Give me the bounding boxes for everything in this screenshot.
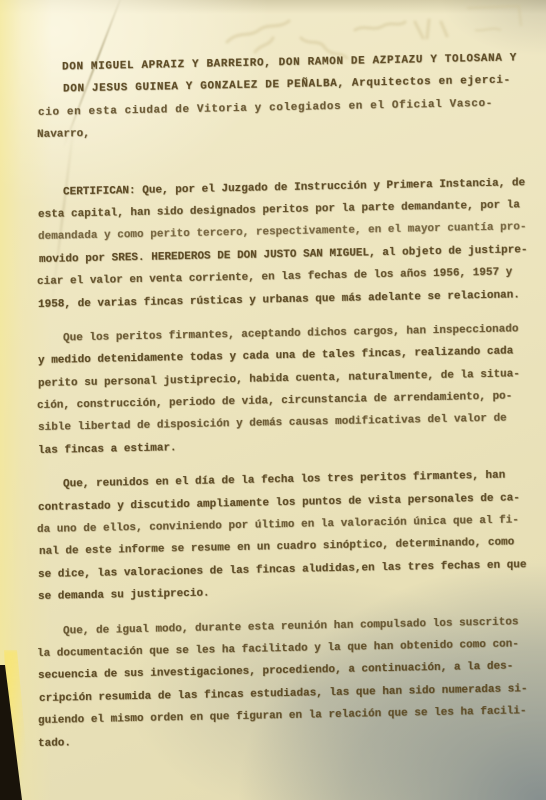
paper-sheet: DON MIGUEL APRAIZ Y BARREIRO, DON RAMON …: [0, 0, 546, 800]
typewritten-text: DON MIGUEL APRAIZ Y BARREIRO, DON RAMON …: [38, 47, 538, 755]
document-photo: DON MIGUEL APRAIZ Y BARREIRO, DON RAMON …: [0, 0, 546, 800]
